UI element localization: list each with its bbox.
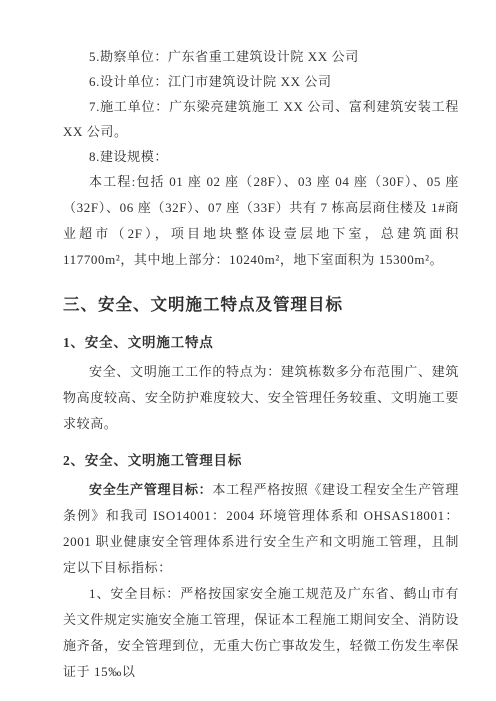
- list-item-survey-unit: 5.勘察单位：广东省重工建筑设计院 XX 公司: [63, 44, 459, 69]
- list-item-construction-unit: 7.施工单位：广东梁亮建筑施工 XX 公司、富利建筑安装工程 XX 公司。: [63, 94, 459, 144]
- list-item-design-unit: 6.设计单位：江门市建筑设计院 XX 公司: [63, 69, 459, 94]
- paragraph-management-goal-lead: 安全生产管理目标：: [89, 482, 212, 497]
- paragraph-build-scale: 本工程:包括 01 座 02 座（28F）、03 座 04 座（30F）、05 …: [63, 169, 459, 273]
- section-heading: 三、安全、文明施工特点及管理目标: [63, 293, 459, 317]
- document-page: 5.勘察单位：广东省重工建筑设计院 XX 公司 6.设计单位：江门市建筑设计院 …: [0, 0, 496, 701]
- paragraph-safety-goal: 1、安全目标：严格按国家安全施工规范及广东省、鹤山市有关文件规定实施安全施工管理…: [63, 581, 459, 685]
- document-content: 5.勘察单位：广东省重工建筑设计院 XX 公司 6.设计单位：江门市建筑设计院 …: [63, 44, 459, 685]
- paragraph-construction-features: 安全、文明施工工作的特点为：建筑栋数多分布范围广、建筑物高度较高、安全防护难度较…: [63, 359, 459, 437]
- subsection-heading-1: 1、安全、文明施工特点: [63, 331, 459, 355]
- list-item-build-scale-label: 8.建设规模：: [63, 144, 459, 169]
- subsection-heading-2: 2、安全、文明施工管理目标: [63, 449, 459, 473]
- paragraph-management-goal: 安全生产管理目标：本工程严格按照《建设工程安全生产管理条例》和我司 ISO140…: [63, 477, 459, 581]
